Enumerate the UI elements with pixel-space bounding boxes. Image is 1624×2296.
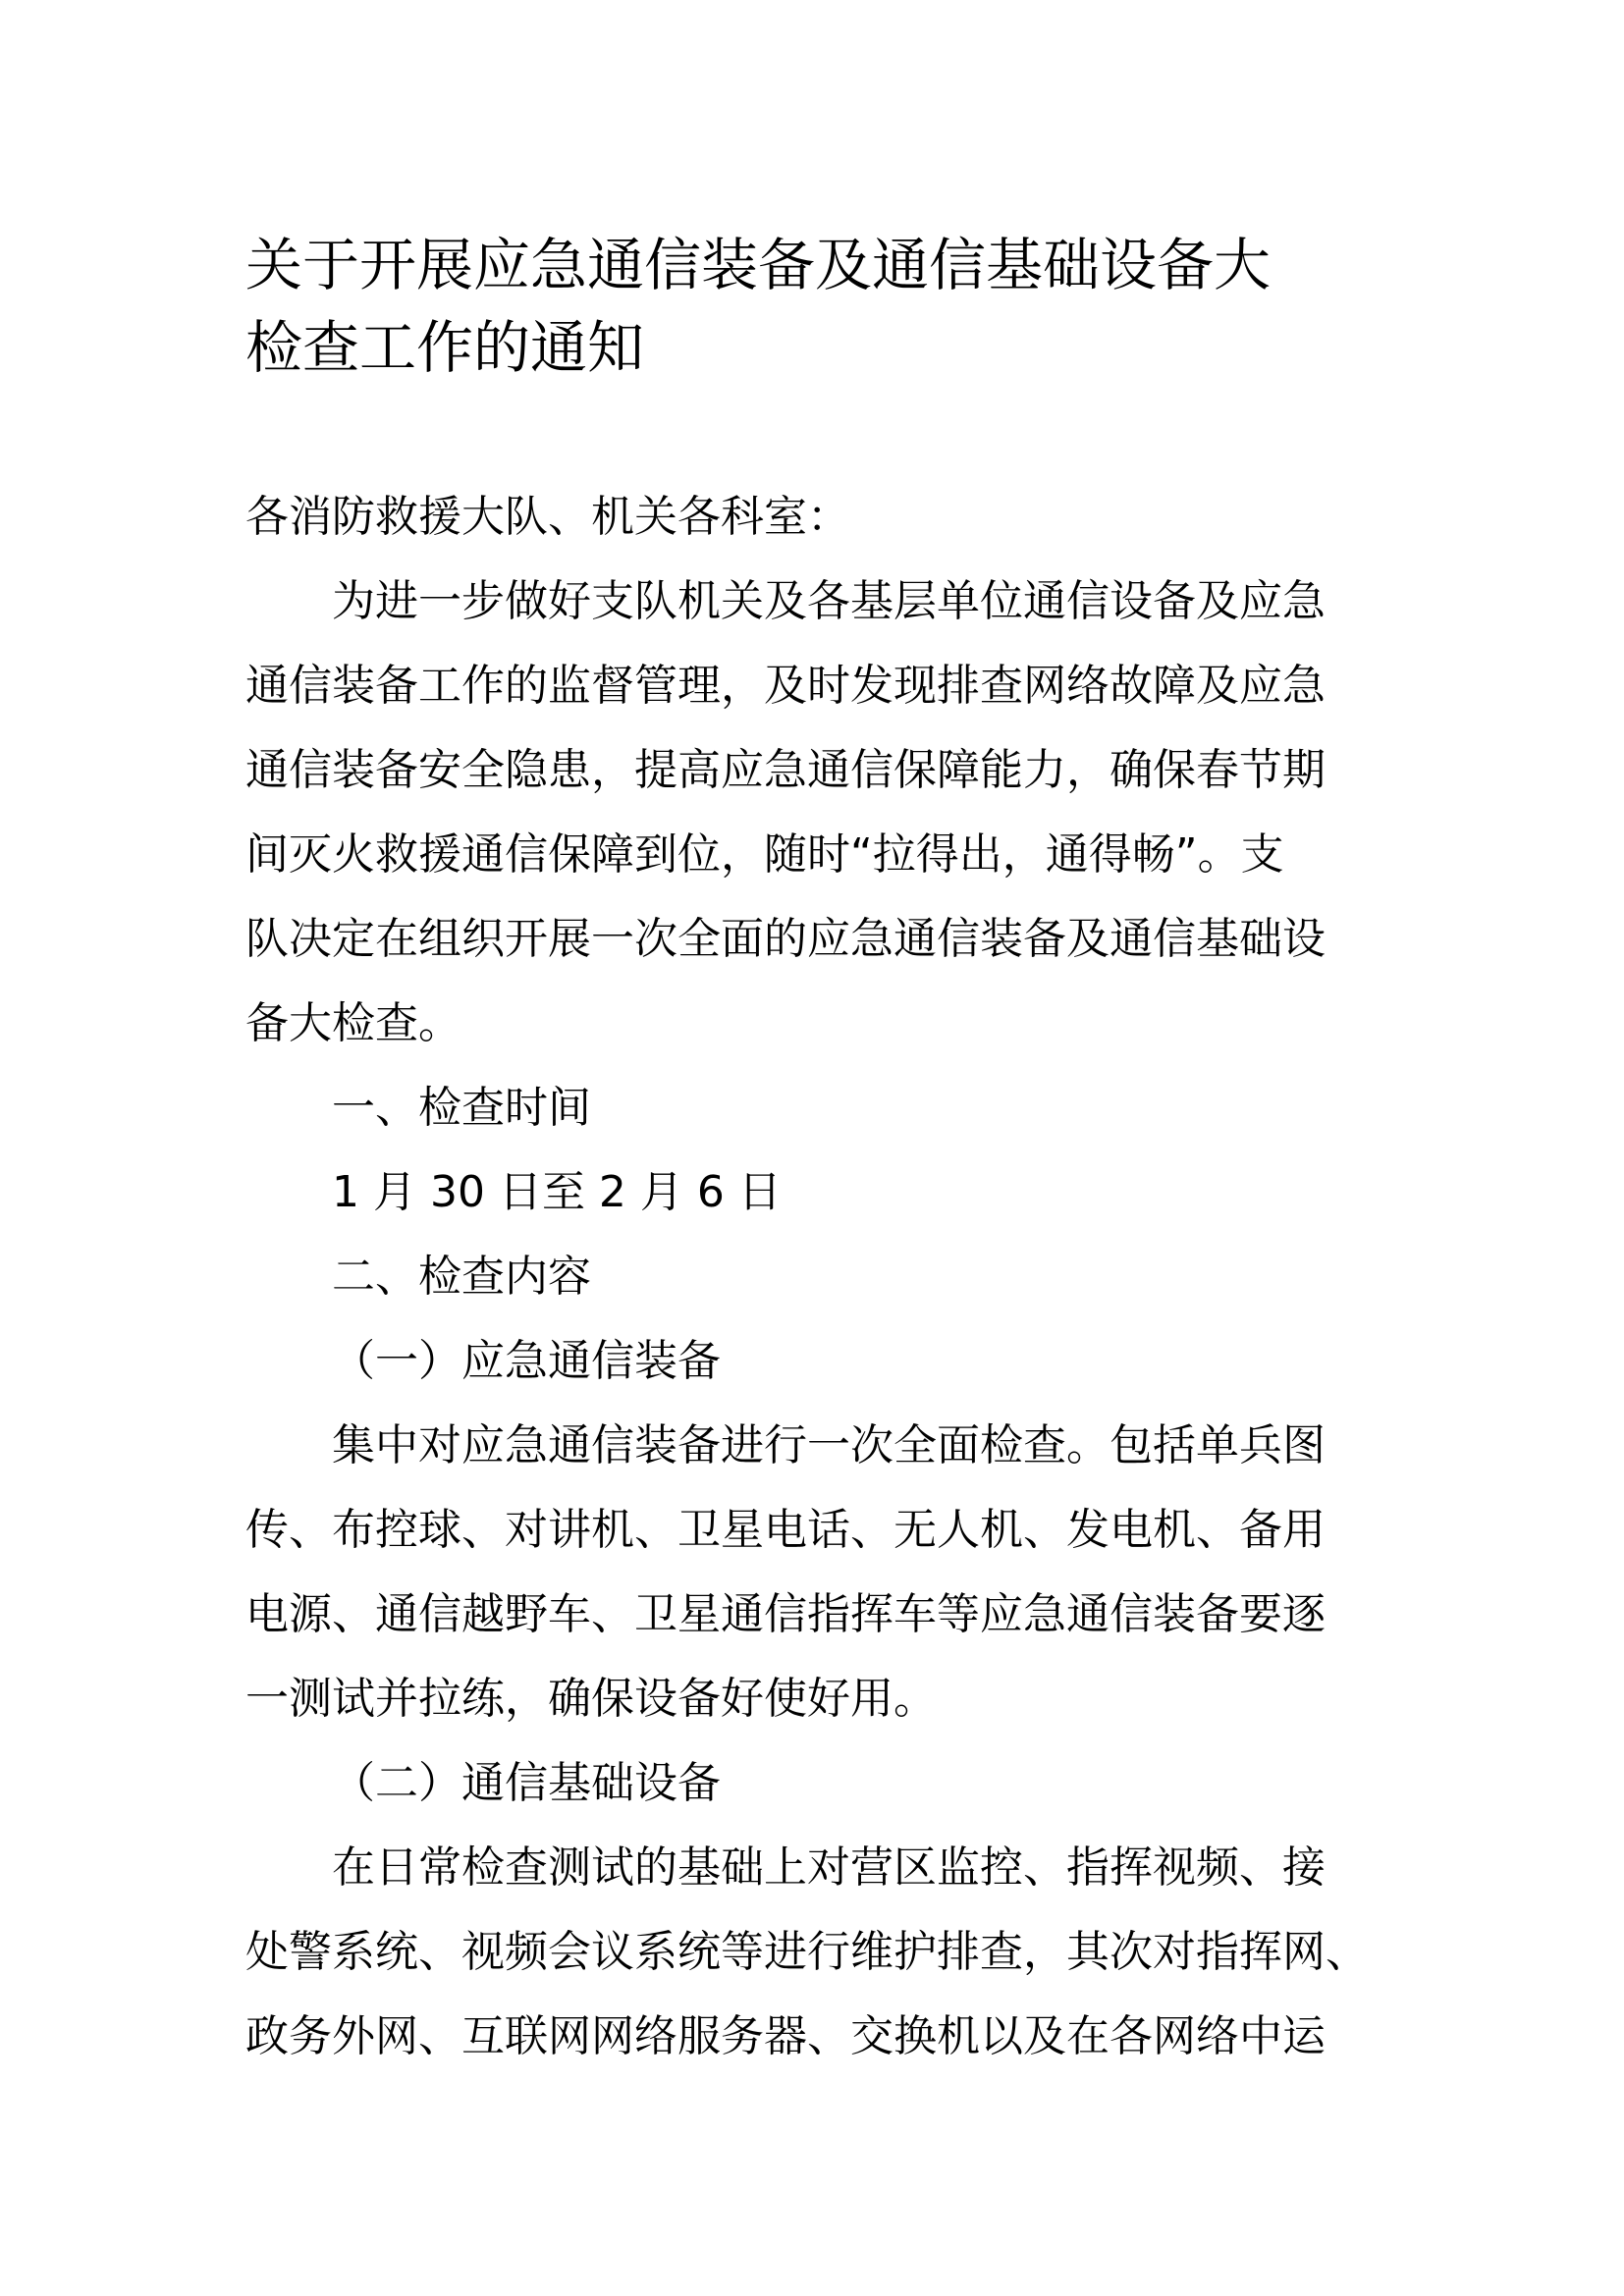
body-line: 处警系统、视频会议系统等进行维护排查，其次对指挥网、 (245, 1923, 1369, 1982)
section-heading-2: 二、检查内容 (332, 1248, 591, 1307)
body-line: 队决定在组织开展一次全面的应急通信装备及通信基础设 (245, 910, 1326, 969)
section-heading-1: 一、检查时间 (332, 1079, 591, 1138)
title-line-1: 关于开展应急通信装备及通信基础设备大 (245, 224, 1404, 306)
body-line: 备大检查。 (245, 994, 461, 1053)
body-line: 集中对应急通信装备进行一次全面检查。包括单兵图 (332, 1416, 1326, 1475)
body-line: 在日常检查测试的基础上对营区监控、指挥视频、接 (332, 1839, 1326, 1897)
body-line: 为进一步做好支队机关及各基层单位通信设备及应急 (332, 572, 1326, 631)
body-line: 传、布控球、对讲机、卫星电话、无人机、发电机、备用 (245, 1501, 1326, 1560)
body-line: 间灭火救援通信保障到位，随时“拉得出，通得畅”。支 (245, 826, 1284, 884)
body-line: 政务外网、互联网网络服务器、交换机以及在各网络中运 (245, 2007, 1326, 2066)
document-title: 关于开展应急通信装备及通信基础设备大 检查工作的通知 (245, 224, 1404, 389)
body-line: 通信装备安全隐患，提高应急通信保障能力，确保春节期 (245, 741, 1326, 800)
inspection-dates: 1 月 30 日至 2 月 6 日 (332, 1163, 782, 1222)
body-line: 一测试并拉练，确保设备好使好用。 (245, 1670, 937, 1729)
subsection-heading-2: （二）通信基础设备 (332, 1754, 721, 1813)
body-line: 电源、通信越野车、卫星通信指挥车等应急通信装备要逐 (245, 1585, 1326, 1644)
salutation: 各消防救援大队、机关各科室： (245, 488, 850, 547)
body-line: 通信装备工作的监督管理，及时发现排查网络故障及应急 (245, 657, 1326, 716)
subsection-heading-1: （一）应急通信装备 (332, 1332, 721, 1391)
title-line-2: 检查工作的通知 (245, 306, 1404, 389)
